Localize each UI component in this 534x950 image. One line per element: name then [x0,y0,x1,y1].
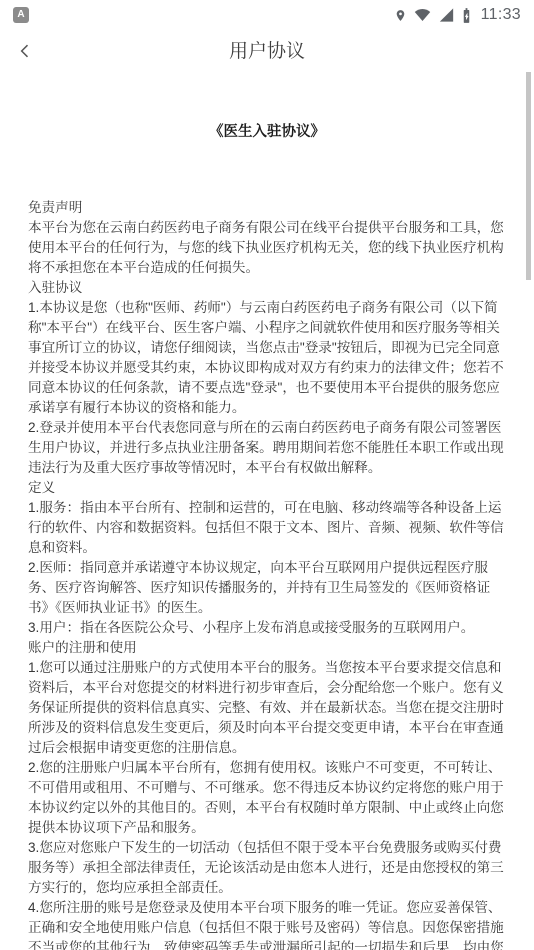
agreement-paragraph: 1.服务：指由本平台所有、控制和运营的，可在电脑、移动终端等各种设备上运行的软件… [28,498,506,558]
app-notification-icon: A [13,7,29,23]
agreement-paragraph: 定义 [28,478,506,498]
agreement-paragraph: 3.用户：指在各医院公众号、小程序上发布消息或接受服务的互联网用户。 [28,618,506,638]
agreement-body: 免责声明 本平台为您在云南白药医药电子商务有限公司在线平台提供平台服务和工具，您… [28,198,506,950]
agreement-paragraph: 1.您可以通过注册账户的方式使用本平台的服务。当您按本平台要求提交信息和资料后，… [28,658,506,758]
status-time: 11:33 [481,6,521,24]
back-button[interactable] [8,35,42,69]
status-bar-right: 11:33 [394,6,521,24]
back-chevron-icon [15,41,35,64]
location-icon [394,7,407,24]
status-bar: A 11:33 [0,0,534,28]
wifi-icon [413,7,432,23]
agreement-paragraph: 免责声明 [28,198,506,218]
app-bar: 用户协议 [0,28,534,76]
agreement-paragraph: 2.医师：指同意并承诺遵守本协议规定，向本平台互联网用户提供远程医疗服务、医疗咨… [28,558,506,618]
agreement-title: 《医生入驻协议》 [28,122,506,142]
page-title: 用户协议 [0,28,534,76]
agreement-paragraph: 4.您所注册的账号是您登录及使用本平台项下服务的唯一凭证。您应妥善保管、正确和安… [28,898,506,950]
agreement-paragraph: 1.本协议是您（也称"医师、药师"）与云南白药医药电子商务有限公司（以下简称"本… [28,298,506,418]
agreement-paragraph: 2.您的注册账户归属本平台所有，您拥有使用权。该账户不可变更，不可转让、不可借用… [28,758,506,838]
signal-icon [438,7,455,23]
battery-charging-icon [461,7,472,24]
scrollbar-thumb[interactable] [526,72,531,280]
agreement-paragraph: 入驻协议 [28,278,506,298]
agreement-content: 《医生入驻协议》 免责声明 本平台为您在云南白药医药电子商务有限公司在线平台提供… [0,122,534,950]
agreement-paragraph: 3.您应对您账户下发生的一切活动（包括但不限于受本平台免费服务或购买付费服务等）… [28,838,506,898]
agreement-paragraph: 2.登录并使用本平台代表您同意与所在的云南白药医药电子商务有限公司签署医生用户协… [28,418,506,478]
agreement-paragraph: 账户的注册和使用 [28,638,506,658]
agreement-paragraph: 本平台为您在云南白药医药电子商务有限公司在线平台提供平台服务和工具，您使用本平台… [28,218,506,278]
